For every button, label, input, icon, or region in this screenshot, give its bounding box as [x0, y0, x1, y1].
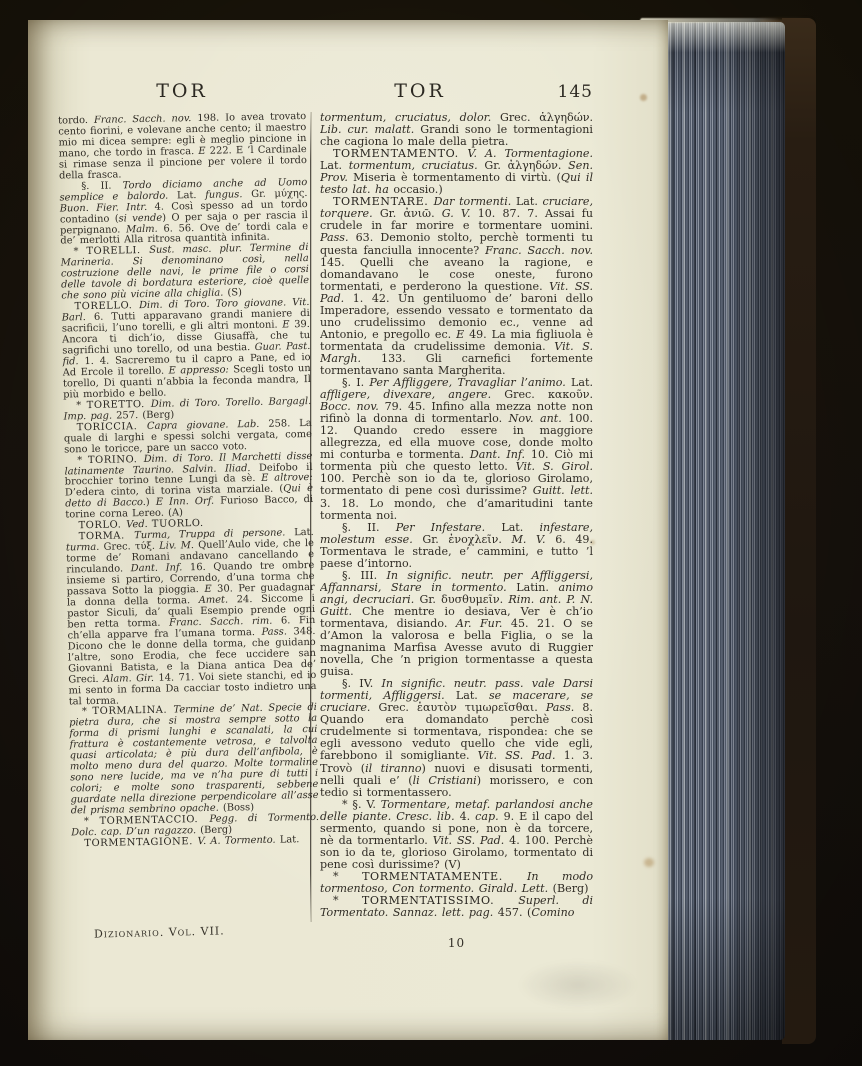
text-run: Latin. [516, 581, 558, 594]
text-run: Gr. [251, 188, 275, 199]
foxing-spot [644, 858, 654, 867]
text-run: si vende [119, 212, 163, 224]
dictionary-paragraph: TORMENTAMENTO. V. A. Tormentagione. Lat.… [320, 148, 593, 196]
dictionary-column-right: tormentum, cruciatus, dolor. Grec. ἀλγηδ… [320, 112, 593, 924]
running-head-left: TOR [58, 80, 306, 102]
running-head-right: TOR [320, 80, 520, 102]
dictionary-paragraph: * §. V. Tormentare, metaf. parlandosi an… [320, 799, 593, 871]
text-run: (Berg) [553, 882, 589, 895]
text-run: §. I. [342, 376, 369, 389]
text-run: Nov. ant. [509, 412, 569, 425]
dictionary-paragraph: §. IV. In signific. neutr. pass. vale Da… [320, 678, 593, 798]
text-run: Lat. [280, 834, 300, 845]
dictionary-paragraph: §. I. Per Affliggere, Travagliar l’animo… [320, 377, 593, 522]
text-run: V. A. Tormento. [198, 835, 280, 848]
text-run: TORMENTAMENTO. [333, 147, 467, 160]
text-run: μύχης. [274, 188, 307, 200]
text-run: §. III. [342, 569, 387, 582]
text-run: E [456, 328, 469, 341]
dictionary-paragraph: * TORMENTATAMENTE. In modo tormentoso, C… [320, 871, 593, 895]
text-run: ) [146, 497, 156, 508]
text-run: Comino [531, 906, 574, 919]
text-run: Gr. [484, 159, 507, 172]
dictionary-paragraph: tormentum, cruciatus, dolor. Grec. ἀλγηδ… [320, 112, 593, 148]
text-run: Franc. Sacch. nov. [485, 244, 593, 257]
text-run: Lat. [501, 521, 539, 534]
text-run: TORMENTATAMENTE. [362, 870, 527, 883]
text-run: Lat. [456, 689, 489, 702]
text-run: * [76, 400, 87, 411]
text-run: V. A. Tormentagione. [467, 147, 593, 160]
text-run: Lat. [294, 527, 314, 538]
text-run: Lat. [571, 376, 593, 389]
dictionary-paragraph: TORELLO. Dim. di Toro. Toro giovane. Vit… [61, 298, 311, 401]
text-run: * §. V. [342, 798, 381, 811]
text-run: li Cristiani [413, 774, 477, 787]
text-run: Ved. [126, 519, 152, 530]
text-run: E Inn. Orf. [156, 496, 221, 508]
text-run: Malm. [126, 223, 164, 235]
text-run: Bocc. nov. [320, 400, 385, 413]
text-run: * [84, 816, 100, 827]
text-run: κακοῦν. [548, 388, 593, 401]
text-run: * [82, 706, 93, 717]
dictionary-paragraph: §. II. Per Infestare. Lat. infestare, mo… [320, 522, 593, 570]
text-run: TORMENTAGIONE. [84, 836, 197, 849]
text-run: Vit. SS. Pad. [478, 749, 564, 762]
text-run: Miseria è tormentamento di virtù. ( [353, 171, 561, 184]
text-run: E [282, 319, 294, 330]
text-run: * [333, 894, 362, 907]
text-run: Dant. Inf. [470, 448, 531, 461]
text-run: Gr. [380, 207, 404, 220]
text-run: §. II. [342, 521, 396, 534]
text-run: Grec. [378, 701, 417, 714]
text-run: 4. [460, 810, 476, 823]
text-run: TORMENTATISSIMO. [362, 894, 518, 907]
book-page: TOR TOR 145 tordo. Franc. Sacch. nov. 19… [28, 20, 668, 1040]
text-run: Lib. cur. malatt. [320, 123, 420, 136]
text-run: ἀνιῶ. [403, 207, 441, 220]
text-run: Pass. [320, 231, 356, 244]
text-run: Gr. [419, 593, 441, 606]
text-run: §. IV. [342, 677, 382, 690]
text-run: Liv. M. [159, 540, 198, 552]
text-run: 457. ( [498, 906, 532, 919]
text-run: * [333, 870, 362, 883]
text-run: Lat. [320, 159, 349, 172]
text-run: Guitt. lett. [533, 484, 593, 497]
text-run: occasio.) [393, 183, 442, 196]
text-run: Lat. [177, 190, 205, 202]
text-run: ἐνοχλεῖν. [448, 533, 511, 546]
text-run: Per Infestare. [396, 521, 502, 534]
dictionary-paragraph: §. III. In signific. neutr. per Affligge… [320, 570, 593, 678]
dictionary-paragraph: * TORMALINA. Termine de’ Nat. Specie di … [69, 703, 319, 817]
text-run: affligere, divexare, angere. [320, 388, 504, 401]
text-run: Gr. [422, 533, 448, 546]
text-run: 3. 18. Lo mondo, che d’amaritudini tante… [320, 497, 593, 522]
text-run: tormentum, cruciatus. [349, 159, 485, 172]
text-run: δυσθυμεῖν. [441, 593, 508, 606]
book-fore-edge-pages [661, 22, 785, 1040]
text-run: (Boss) [223, 802, 254, 814]
text-run: Vit. S. Girol. [516, 460, 593, 473]
volume-label: Dizionario. Vol. VII. [94, 924, 225, 940]
scanned-book-screen: TOR TOR 145 tordo. Franc. Sacch. nov. 19… [0, 0, 862, 1066]
dictionary-column-left: tordo. Franc. Sacch. nov. 198. Io avea t… [58, 112, 321, 928]
text-run: * [73, 246, 86, 257]
text-run: Grec. [104, 541, 136, 553]
text-run: il tiranno [365, 762, 421, 775]
text-run: TORMENTARE. [333, 195, 434, 208]
text-run: G. V. [442, 207, 478, 220]
dictionary-paragraph: * TORINO. Dim. di Toro. Il Marchetti dis… [64, 451, 313, 521]
text-run: Lat. [516, 195, 543, 208]
signature-mark: 10 [320, 936, 593, 950]
text-run: (S) [227, 287, 242, 298]
foxing-spot [640, 94, 647, 101]
text-run: E [204, 584, 217, 595]
text-run: (Berg) [200, 824, 232, 836]
text-run: Ar. Fur. [456, 617, 511, 630]
text-run: Vit. SS. Pad. [433, 834, 509, 847]
text-run: fungus. [205, 189, 251, 201]
page-number: 145 [520, 82, 593, 102]
dictionary-paragraph: tordo. Franc. Sacch. nov. 198. Io avea t… [58, 112, 307, 182]
text-run: cap. [475, 810, 503, 823]
text-run: Pass. [261, 626, 293, 638]
text-run: * [77, 455, 88, 466]
text-run: E [198, 146, 210, 157]
dictionary-paragraph: TORMENTAGIONE. V. A. Tormento. Lat. [71, 835, 319, 850]
dictionary-paragraph: * TORMENTATISSIMO. Superl. di Tormentato… [320, 895, 593, 919]
text-run: ἀλγηδών. [508, 159, 569, 172]
text-run: Grec. [504, 388, 548, 401]
dictionary-paragraph: * TORELLI. Sust. masc. plur. Termine di … [60, 243, 309, 302]
text-run: Termine de’ Nat. Specie di pietra dura, … [69, 702, 319, 816]
text-run: Amet. [199, 594, 237, 606]
dictionary-paragraph: TORMA. Turma, Truppa di persone. Lat. tu… [66, 528, 317, 708]
text-run: tordo. [58, 115, 94, 127]
text-run: M. V. [512, 533, 556, 546]
text-run: turma. [66, 542, 104, 554]
text-run: Pass. [546, 701, 583, 714]
text-run: Dar tormenti. [434, 195, 516, 208]
text-run: Per Affliggere, Travagliar l’animo. [369, 376, 571, 389]
text-run: §. II. [81, 180, 123, 192]
dictionary-paragraph: §. II. Tordo diciamo anche ad Uomo sempl… [59, 178, 308, 248]
paper-smudge [518, 960, 638, 1010]
text-run: τύξ. [135, 541, 159, 552]
text-run: ἑαυτὸν τιμωρεῖσθαι. [417, 701, 546, 714]
book-cover-edge [782, 18, 816, 1044]
dictionary-paragraph: TORMENTARE. Dar tormenti. Lat. cruciare,… [320, 196, 593, 377]
